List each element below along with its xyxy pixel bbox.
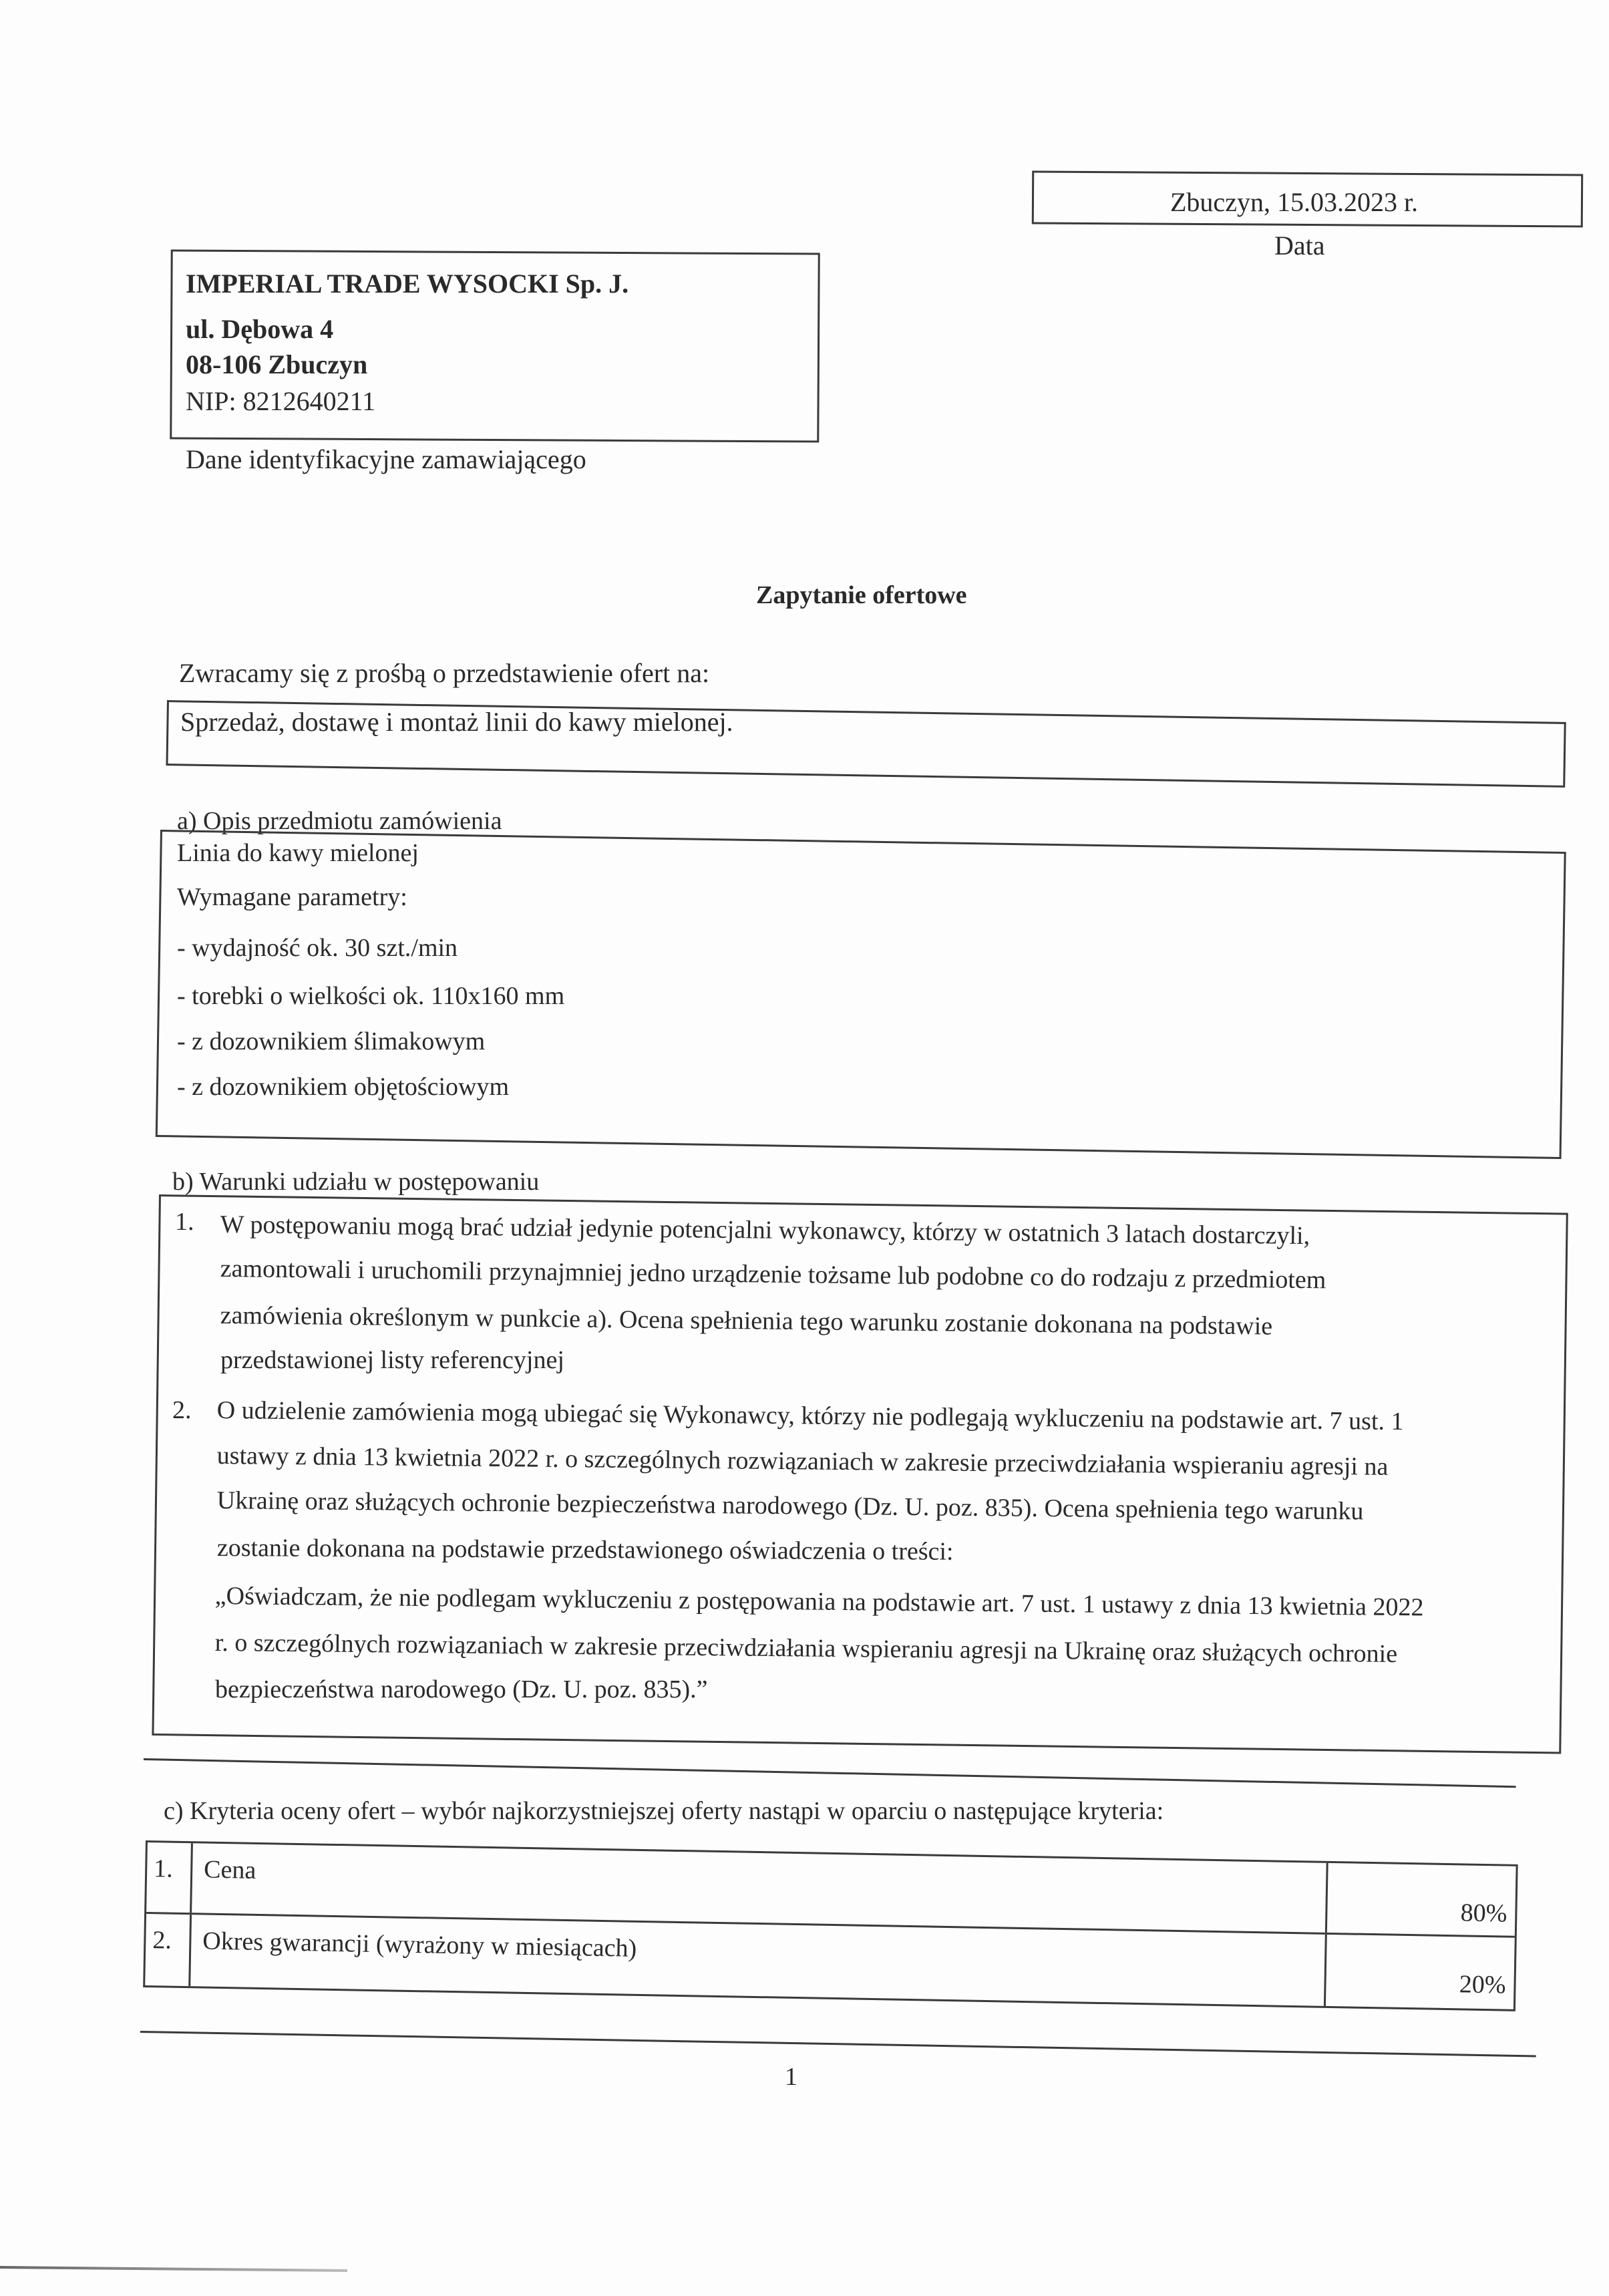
- section-a-line: - wydajność ok. 30 szt./min: [177, 934, 458, 963]
- section-a-line: Wymagane parametry:: [177, 883, 407, 913]
- page-number: 1: [785, 2063, 797, 2092]
- criteria-weight: 20%: [1459, 1970, 1505, 2000]
- party-nip: NIP: 8212640211: [186, 386, 375, 417]
- criteria-name: Okres gwarancji (wyrażony w miesiącach): [202, 1927, 637, 1964]
- section-a-line: - z dozownikiem objętościowym: [177, 1073, 509, 1102]
- party-postal-city: 08-106 Zbuczyn: [186, 349, 367, 380]
- declaration-line: bezpieczeństwa narodowego (Dz. U. poz. 8…: [215, 1675, 708, 1705]
- criteria-number: 1.: [154, 1854, 173, 1884]
- party-caption: Dane identyfikacyjne zamawiającego: [186, 444, 586, 475]
- footer-rule: [140, 2031, 1536, 2057]
- separator-rule: [144, 1758, 1516, 1788]
- date-label: Data: [1274, 230, 1325, 261]
- section-c-title: c) Kryteria oceny ofert – wybór najkorzy…: [164, 1797, 1164, 1826]
- section-b-title: b) Warunki udziału w postępowaniu: [172, 1168, 539, 1197]
- section-a-line: - z dozownikiem ślimakowym: [177, 1027, 485, 1057]
- condition-line: zostanie dokonana na podstawie przedstaw…: [217, 1534, 954, 1567]
- date-value: Zbuczyn, 15.03.2023 r.: [1170, 187, 1418, 218]
- criteria-table: 1. Cena 80% 2. Okres gwarancji (wyrażony…: [143, 1840, 1518, 2011]
- page-title: Zapytanie ofertowe: [756, 581, 967, 611]
- party-street: ul. Dębowa 4: [186, 314, 333, 345]
- criteria-number: 2.: [152, 1926, 172, 1955]
- condition-line: przedstawionej listy referencyjnej: [220, 1346, 564, 1375]
- column-divider: [190, 1843, 193, 1913]
- request-intro: Zwracamy się z prośbą o przedstawienie o…: [179, 658, 709, 689]
- condition-number: 1.: [175, 1208, 194, 1237]
- column-divider: [1324, 1935, 1327, 2006]
- condition-number: 2.: [172, 1396, 192, 1426]
- request-subject: Sprzedaż, dostawę i montaż linii do kawy…: [180, 707, 733, 737]
- column-divider: [188, 1915, 192, 1986]
- column-divider: [1325, 1863, 1328, 1933]
- scanned-page: Zbuczyn, 15.03.2023 r. Data IMPERIAL TRA…: [0, 0, 1609, 2296]
- section-a-line: - torebki o wielkości ok. 110x160 mm: [177, 982, 564, 1011]
- section-a-line: Linia do kawy mielonej: [177, 839, 419, 868]
- criteria-name: Cena: [204, 1856, 256, 1886]
- scan-edge-shadow: [0, 2266, 347, 2272]
- party-name: IMPERIAL TRADE WYSOCKI Sp. J.: [186, 269, 629, 299]
- criteria-weight: 80%: [1460, 1899, 1507, 1929]
